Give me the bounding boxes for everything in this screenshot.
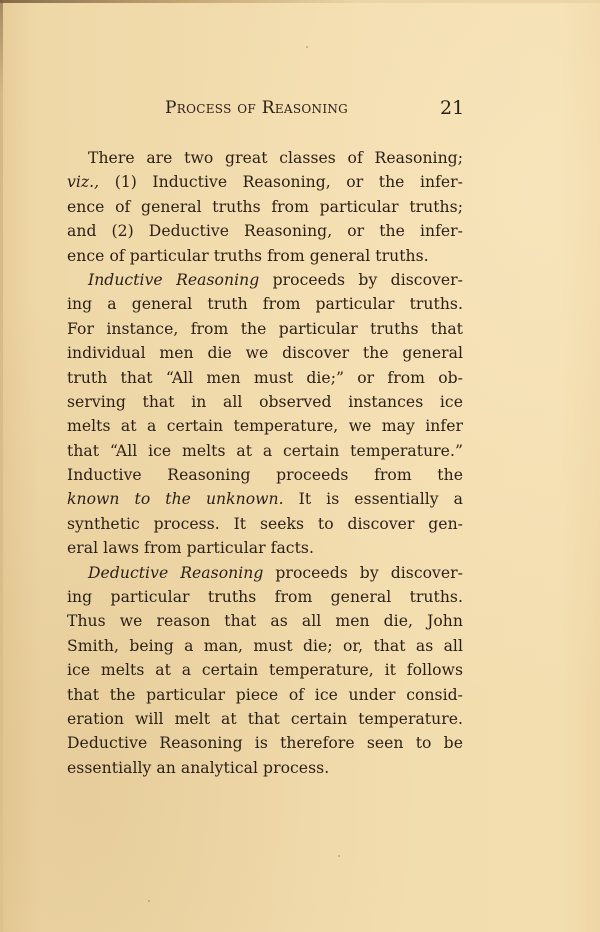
text-run: ing particular truths from general truth… [67,588,463,606]
text-line: Deductive Reasoning is therefore seen to… [67,731,463,755]
text-line: eral laws from particular facts. [67,536,463,560]
italic-text: viz., [67,173,99,191]
page-top-edge [0,0,600,3]
text-line: melts at a certain temperature, we may i… [67,414,463,438]
text-run: proceeds by discover- [259,271,463,289]
text-line: eration will melt at that certain temper… [67,707,463,731]
text-run: It is essentially a [284,490,463,508]
text-run: essentially an analytical process. [67,759,329,777]
italic-text: known to the unknown. [67,490,284,508]
text-run: ice melts at a certain temperature, it f… [67,661,463,679]
text-run: Deductive Reasoning is therefore seen to… [67,734,463,752]
text-run: melts at a certain temperature, we may i… [67,417,463,435]
text-run: (1) Inductive Reasoning, or the infer- [99,173,463,191]
text-run: that “All ice melts at a certain tempera… [67,442,463,460]
book-page: Process of Reasoning 21 There are two gr… [0,0,600,932]
text-line: ence of particular truths from general t… [67,244,463,268]
text-line: truth that “All men must die;” or from o… [67,366,463,390]
text-line: Deductive Reasoning proceeds by discover… [67,561,463,585]
text-line: ing a general truth from particular trut… [67,292,463,316]
paper-speck [306,46,308,48]
text-line: essentially an analytical process. [67,756,463,780]
text-line: Thus we reason that as all men die, John [67,609,463,633]
paper-speck [338,855,340,857]
paragraph: There are two great classes of Reasoning… [67,146,463,268]
text-line: synthetic process. It seeks to discover … [67,512,463,536]
text-line: Inductive Reasoning proceeds by discover… [67,268,463,292]
text-run: and (2) Deductive Reasoning, or the infe… [67,222,463,240]
page-left-edge [0,0,3,932]
text-line: ice melts at a certain temperature, it f… [67,658,463,682]
text-run: ence of general truths from particular t… [67,198,463,216]
text-line: There are two great classes of Reasoning… [67,146,463,170]
text-run: For instance, from the particular truths… [67,320,463,338]
text-run: proceeds by discover- [263,564,463,582]
text-run: synthetic process. It seeks to discover … [67,515,463,533]
text-run: eration will melt at that certain temper… [67,710,463,728]
text-run: truth that “All men must die;” or from o… [67,369,463,387]
text-line: known to the unknown. It is essentially … [67,487,463,511]
text-run: serving that in all observed instances i… [67,393,463,411]
text-run: individual men die we discover the gener… [67,344,463,362]
text-run: that the particular piece of ice under c… [67,686,463,704]
text-line: For instance, from the particular truths… [67,317,463,341]
paragraph: Inductive Reasoning proceeds by discover… [67,268,463,561]
text-run: Thus we reason that as all men die, John [67,612,463,630]
text-run: There are two great classes of Reasoning… [88,149,463,167]
text-line: and (2) Deductive Reasoning, or the infe… [67,219,463,243]
text-run: Smith, being a man, must die; or, that a… [67,637,463,655]
body-text: There are two great classes of Reasoning… [67,146,463,780]
paper-speck [148,900,150,902]
running-head-title: Process of Reasoning [165,98,348,118]
italic-text: Inductive Reasoning [88,271,259,289]
paragraph: Deductive Reasoning proceeds by discover… [67,561,463,781]
text-run: eral laws from particular facts. [67,539,314,557]
text-line: ing particular truths from general truth… [67,585,463,609]
text-line: ence of general truths from particular t… [67,195,463,219]
text-run: Inductive Reasoning proceeds from the [67,466,463,484]
text-line: serving that in all observed instances i… [67,390,463,414]
text-line: that the particular piece of ice under c… [67,683,463,707]
text-run: ence of particular truths from general t… [67,247,429,265]
running-head: Process of Reasoning 21 [165,98,465,124]
text-line: Inductive Reasoning proceeds from the [67,463,463,487]
text-line: that “All ice melts at a certain tempera… [67,439,463,463]
text-line: Smith, being a man, must die; or, that a… [67,634,463,658]
text-line: viz., (1) Inductive Reasoning, or the in… [67,170,463,194]
text-line: individual men die we discover the gener… [67,341,463,365]
page-number: 21 [440,97,464,119]
text-run: ing a general truth from particular trut… [67,295,463,313]
italic-text: Deductive Reasoning [88,564,263,582]
